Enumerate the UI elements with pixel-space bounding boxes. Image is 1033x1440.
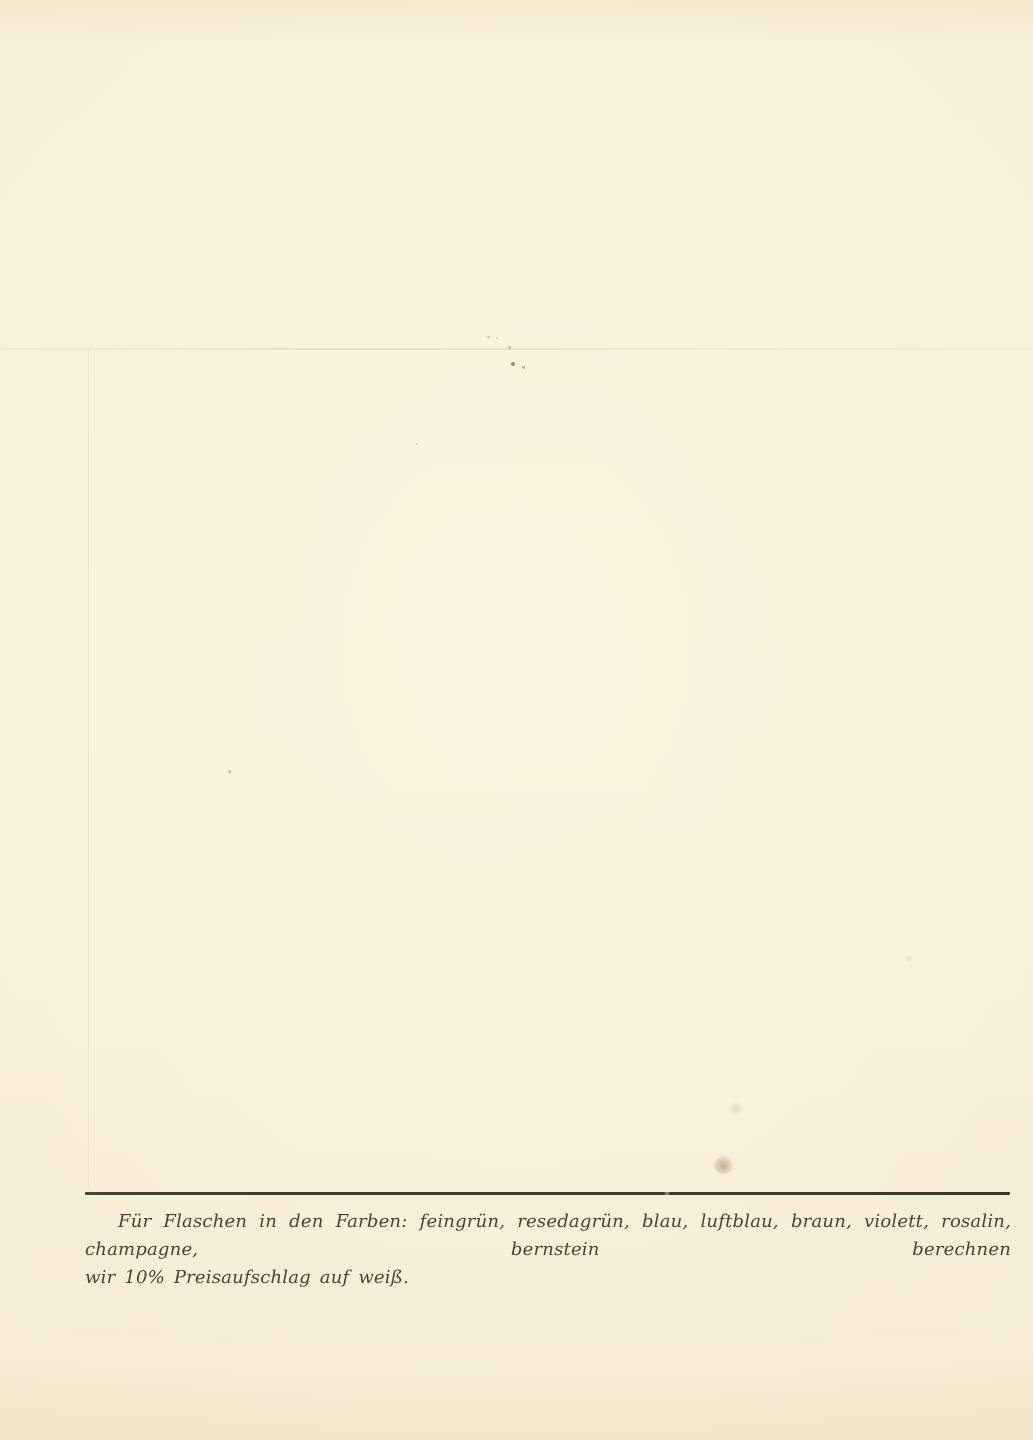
scanned-page: Für Flaschen in den Farben: feingrün, re… xyxy=(0,0,1033,1440)
paper-stain xyxy=(714,1156,734,1174)
horizontal-crease xyxy=(0,348,1033,350)
footnote-line-1: Für Flaschen in den Farben: feingrün, re… xyxy=(85,1208,1011,1264)
vertical-crease xyxy=(88,350,89,1190)
paper-speck xyxy=(416,443,418,445)
paper-speck xyxy=(511,362,515,366)
footnote: Für Flaschen in den Farben: feingrün, re… xyxy=(85,1208,1011,1292)
paper-speck xyxy=(508,346,511,349)
paper-speck xyxy=(487,336,490,338)
paper-speck xyxy=(496,337,498,339)
footnote-line-2: wir 10% Preisaufschlag auf weiß. xyxy=(85,1264,1011,1292)
paper-speck xyxy=(228,770,231,773)
paper-speck xyxy=(522,366,525,369)
paper-stain xyxy=(728,1102,744,1116)
paper-stain xyxy=(905,955,913,962)
footnote-rule xyxy=(85,1192,1010,1195)
